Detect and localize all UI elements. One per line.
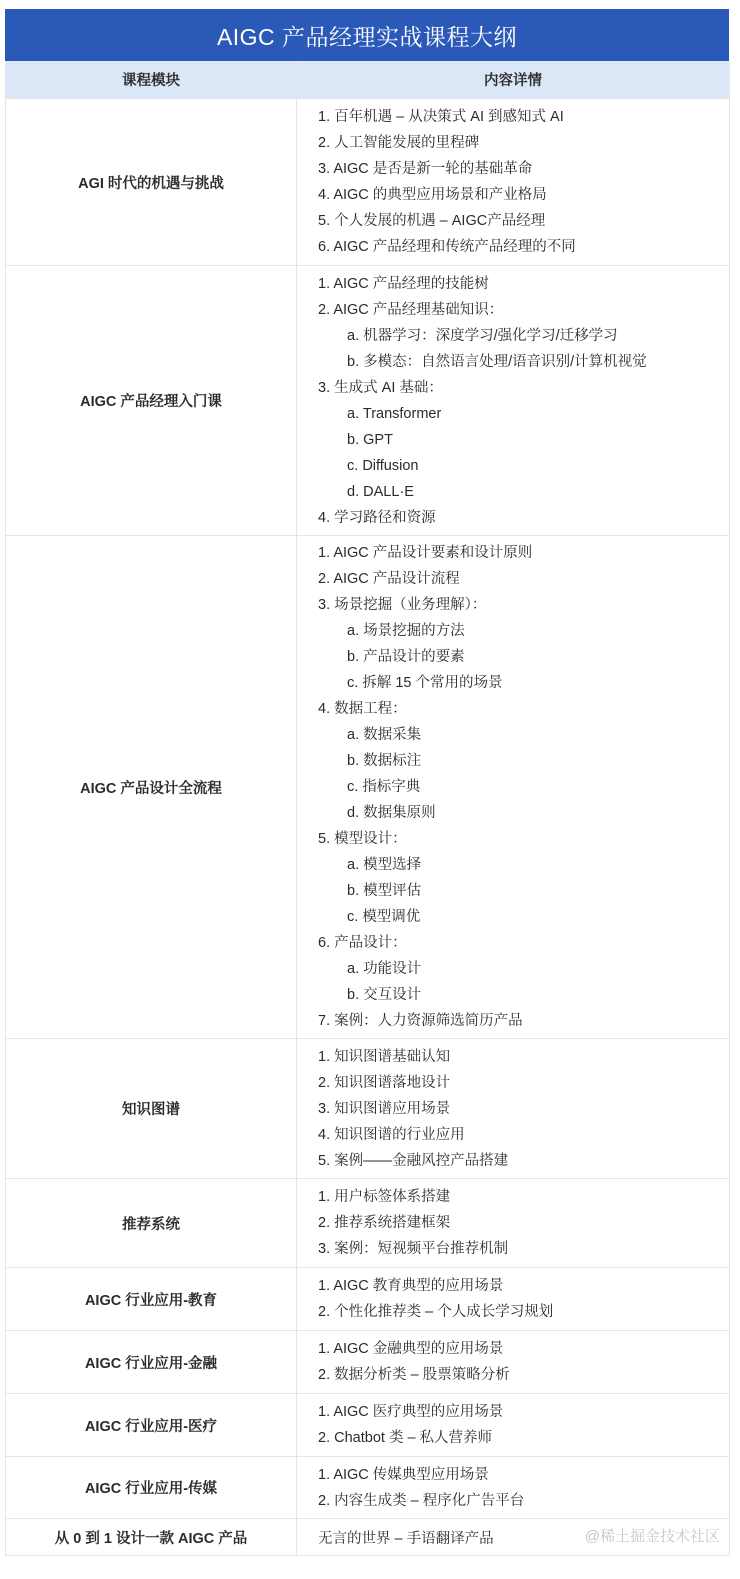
table-row: AIGC 行业应用-医疗1. AIGC 医疗典型的应用场景2. Chatbot … bbox=[6, 1394, 730, 1457]
list-item: 1. AIGC 教育典型的应用场景 bbox=[318, 1273, 729, 1299]
list-item-text: 产品设计： bbox=[334, 935, 407, 951]
list-marker: a. bbox=[347, 956, 359, 982]
sub-list-item: a. Transformer bbox=[318, 401, 729, 427]
list-marker: 2. bbox=[318, 1425, 330, 1451]
sub-list-item: c. Diffusion bbox=[318, 453, 729, 479]
list-item-text: 模型调优 bbox=[362, 909, 420, 925]
list-marker: 4. bbox=[318, 505, 330, 531]
list-item-text: 个人发展的机遇 – AIGC产品经理 bbox=[334, 213, 545, 229]
list-item-text: Chatbot 类 – 私人营养师 bbox=[334, 1430, 492, 1446]
list-marker: 3. bbox=[318, 1236, 330, 1262]
sub-list-item: b. 多模态：自然语言处理/语音识别/计算机视觉 bbox=[318, 349, 729, 375]
table-row: AGI 时代的机遇与挑战1. 百年机遇 – 从决策式 AI 到感知式 AI2. … bbox=[6, 99, 730, 266]
list-item: 5. 个人发展的机遇 – AIGC产品经理 bbox=[318, 208, 729, 234]
list-marker: 1. bbox=[318, 1184, 330, 1210]
list-marker: 7. bbox=[318, 1008, 330, 1034]
list-marker: b. bbox=[347, 982, 359, 1008]
list-item-text: 用户标签体系搭建 bbox=[334, 1189, 450, 1205]
list-item-text: AIGC 产品设计要素和设计原则 bbox=[333, 545, 532, 561]
list-marker: 1. bbox=[318, 1399, 330, 1425]
details-cell: 1. 用户标签体系搭建2. 推荐系统搭建框架3. 案例：短视频平台推荐机制 bbox=[297, 1179, 730, 1268]
list-marker: 2. bbox=[318, 566, 330, 592]
table-body: AGI 时代的机遇与挑战1. 百年机遇 – 从决策式 AI 到感知式 AI2. … bbox=[6, 99, 730, 1556]
list-marker: 4. bbox=[318, 182, 330, 208]
list-item-text: 百年机遇 – 从决策式 AI 到感知式 AI bbox=[334, 109, 564, 125]
list-item-text: AIGC 教育典型的应用场景 bbox=[333, 1278, 503, 1294]
module-cell: 从 0 到 1 设计一款 AIGC 产品 bbox=[6, 1519, 297, 1556]
list-item-text: 知识图谱落地设计 bbox=[334, 1075, 450, 1091]
table-row: AIGC 行业应用-传媒1. AIGC 传媒典型应用场景2. 内容生成类 – 程… bbox=[6, 1457, 730, 1519]
list-item-text: Transformer bbox=[363, 406, 441, 422]
list-marker: a. bbox=[347, 323, 359, 349]
list-item-text: 学习路径和资源 bbox=[334, 510, 436, 526]
header-row: 课程模块 内容详情 bbox=[6, 61, 730, 99]
details-cell: 1. AIGC 产品设计要素和设计原则2. AIGC 产品设计流程3. 场景挖掘… bbox=[297, 536, 730, 1039]
list-item-text: 案例：人力资源筛选简历产品 bbox=[334, 1013, 523, 1029]
list-marker: 5. bbox=[318, 826, 330, 852]
sub-list-item: c. 模型调优 bbox=[318, 904, 729, 930]
list-marker: 1. bbox=[318, 1462, 330, 1488]
list-item: 5. 模型设计： bbox=[318, 826, 729, 852]
list-marker: a. bbox=[347, 401, 359, 427]
list-item: 3. 场景挖掘（业务理解）： bbox=[318, 592, 729, 618]
sub-list-item: a. 数据采集 bbox=[318, 722, 729, 748]
list-marker: d. bbox=[347, 479, 359, 505]
details-cell: 1. AIGC 金融典型的应用场景2. 数据分析类 – 股票策略分析 bbox=[297, 1331, 730, 1394]
sub-list-item: d. DALL·E bbox=[318, 479, 729, 505]
list-marker: 3. bbox=[318, 1096, 330, 1122]
list-item-text: 生成式 AI 基础： bbox=[334, 380, 443, 396]
list-marker: 2. bbox=[318, 297, 330, 323]
list-item: 3. 知识图谱应用场景 bbox=[318, 1096, 729, 1122]
list-item: 5. 案例——金融风控产品搭建 bbox=[318, 1148, 729, 1174]
list-marker: 2. bbox=[318, 1488, 330, 1514]
list-marker: 5. bbox=[318, 208, 330, 234]
list-marker: 4. bbox=[318, 1122, 330, 1148]
list-item: 2. 知识图谱落地设计 bbox=[318, 1070, 729, 1096]
list-marker: c. bbox=[347, 670, 358, 696]
list-item: 1. AIGC 传媒典型应用场景 bbox=[318, 1462, 729, 1488]
list-marker: c. bbox=[347, 453, 358, 479]
header-details: 内容详情 bbox=[297, 61, 730, 99]
sub-list-item: c. 拆解 15 个常用的场景 bbox=[318, 670, 729, 696]
table-row: AIGC 行业应用-金融1. AIGC 金融典型的应用场景2. 数据分析类 – … bbox=[6, 1331, 730, 1394]
list-item: 1. AIGC 产品设计要素和设计原则 bbox=[318, 540, 729, 566]
sub-list-item: b. 模型评估 bbox=[318, 878, 729, 904]
list-item-text: AIGC 医疗典型的应用场景 bbox=[333, 1404, 503, 1420]
detail-text: 无言的世界 – 手语翻译产品 bbox=[318, 1531, 494, 1547]
list-item-text: Diffusion bbox=[362, 458, 418, 474]
details-cell: 1. AIGC 产品经理的技能树2. AIGC 产品经理基础知识：a. 机器学习… bbox=[297, 266, 730, 536]
list-marker: 3. bbox=[318, 592, 330, 618]
list-marker: a. bbox=[347, 852, 359, 878]
module-cell: 知识图谱 bbox=[6, 1039, 297, 1179]
list-marker: 1. bbox=[318, 1336, 330, 1362]
list-item: 2. 内容生成类 – 程序化广告平台 bbox=[318, 1488, 729, 1514]
sub-list-item: d. 数据集原则 bbox=[318, 800, 729, 826]
list-item-text: 案例：短视频平台推荐机制 bbox=[334, 1241, 508, 1257]
list-item-text: 数据采集 bbox=[363, 727, 421, 743]
list-item-text: GPT bbox=[363, 432, 393, 448]
list-marker: 6. bbox=[318, 234, 330, 260]
list-item-text: AIGC 是否是新一轮的基础革命 bbox=[333, 161, 532, 177]
header-module: 课程模块 bbox=[6, 61, 297, 99]
list-marker: 3. bbox=[318, 156, 330, 182]
list-item: 1. 知识图谱基础认知 bbox=[318, 1044, 729, 1070]
list-item-text: 人工智能发展的里程碑 bbox=[334, 135, 479, 151]
list-item: 1. AIGC 金融典型的应用场景 bbox=[318, 1336, 729, 1362]
list-item: 4. 知识图谱的行业应用 bbox=[318, 1122, 729, 1148]
list-item-text: 知识图谱应用场景 bbox=[334, 1101, 450, 1117]
list-item: 4. 数据工程： bbox=[318, 696, 729, 722]
list-item-text: 案例——金融风控产品搭建 bbox=[334, 1153, 508, 1169]
list-item-text: 交互设计 bbox=[363, 987, 421, 1003]
list-item: 1. 百年机遇 – 从决策式 AI 到感知式 AI bbox=[318, 104, 729, 130]
list-item-text: 数据标注 bbox=[363, 753, 421, 769]
list-item-text: 数据集原则 bbox=[363, 805, 436, 821]
module-cell: AIGC 产品设计全流程 bbox=[6, 536, 297, 1039]
list-marker: c. bbox=[347, 904, 358, 930]
list-marker: 2. bbox=[318, 1070, 330, 1096]
list-item-text: AIGC 的典型应用场景和产业格局 bbox=[333, 187, 546, 203]
module-cell: AIGC 行业应用-医疗 bbox=[6, 1394, 297, 1457]
list-item-text: AIGC 传媒典型应用场景 bbox=[333, 1467, 488, 1483]
list-marker: c. bbox=[347, 774, 358, 800]
module-cell: AIGC 行业应用-金融 bbox=[6, 1331, 297, 1394]
list-marker: 2. bbox=[318, 1299, 330, 1325]
list-item: 1. AIGC 医疗典型的应用场景 bbox=[318, 1399, 729, 1425]
list-marker: 2. bbox=[318, 130, 330, 156]
sub-list-item: a. 模型选择 bbox=[318, 852, 729, 878]
list-marker: b. bbox=[347, 349, 359, 375]
details-cell: 1. 百年机遇 – 从决策式 AI 到感知式 AI2. 人工智能发展的里程碑3.… bbox=[297, 99, 730, 266]
list-item-text: DALL·E bbox=[363, 484, 414, 500]
list-marker: d. bbox=[347, 800, 359, 826]
list-marker: a. bbox=[347, 722, 359, 748]
list-marker: 1. bbox=[318, 1273, 330, 1299]
list-item: 6. 产品设计： bbox=[318, 930, 729, 956]
list-marker: 1. bbox=[318, 104, 330, 130]
module-cell: 推荐系统 bbox=[6, 1179, 297, 1268]
list-marker: 3. bbox=[318, 375, 330, 401]
course-outline-table-wrap: AIGC 产品经理实战课程大纲 课程模块 内容详情 AGI 时代的机遇与挑战1.… bbox=[5, 9, 729, 1556]
list-item-text: 机器学习：深度学习/强化学习/迁移学习 bbox=[363, 328, 618, 344]
list-marker: 1. bbox=[318, 540, 330, 566]
table-row: 推荐系统1. 用户标签体系搭建2. 推荐系统搭建框架3. 案例：短视频平台推荐机… bbox=[6, 1179, 730, 1268]
list-item-text: 场景挖掘（业务理解）： bbox=[334, 597, 486, 613]
list-marker: 2. bbox=[318, 1210, 330, 1236]
list-item-text: 内容生成类 – 程序化广告平台 bbox=[334, 1493, 524, 1509]
table-row: AIGC 产品设计全流程1. AIGC 产品设计要素和设计原则2. AIGC 产… bbox=[6, 536, 730, 1039]
list-item: 2. 推荐系统搭建框架 bbox=[318, 1210, 729, 1236]
sub-list-item: c. 指标字典 bbox=[318, 774, 729, 800]
details-cell: 1. AIGC 教育典型的应用场景2. 个性化推荐类 – 个人成长学习规划 bbox=[297, 1268, 730, 1331]
table-title: AIGC 产品经理实战课程大纲 bbox=[5, 9, 729, 61]
sub-list-item: b. 产品设计的要素 bbox=[318, 644, 729, 670]
list-item-text: 拆解 15 个常用的场景 bbox=[362, 675, 502, 691]
list-item-text: AIGC 产品设计流程 bbox=[333, 571, 459, 587]
list-item-text: AIGC 产品经理基础知识： bbox=[333, 302, 503, 318]
list-item: 2. AIGC 产品设计流程 bbox=[318, 566, 729, 592]
list-item: 6. AIGC 产品经理和传统产品经理的不同 bbox=[318, 234, 729, 260]
list-item-text: AIGC 金融典型的应用场景 bbox=[333, 1341, 503, 1357]
table-row: AIGC 行业应用-教育1. AIGC 教育典型的应用场景2. 个性化推荐类 –… bbox=[6, 1268, 730, 1331]
list-marker: 6. bbox=[318, 930, 330, 956]
list-item-text: 多模态：自然语言处理/语音识别/计算机视觉 bbox=[363, 354, 647, 370]
list-marker: 1. bbox=[318, 1044, 330, 1070]
list-marker: 1. bbox=[318, 271, 330, 297]
list-item: 1. 用户标签体系搭建 bbox=[318, 1184, 729, 1210]
list-marker: 4. bbox=[318, 696, 330, 722]
list-item: 4. AIGC 的典型应用场景和产业格局 bbox=[318, 182, 729, 208]
list-marker: b. bbox=[347, 748, 359, 774]
list-marker: b. bbox=[347, 644, 359, 670]
list-item-text: 产品设计的要素 bbox=[363, 649, 465, 665]
list-item-text: AIGC 产品经理和传统产品经理的不同 bbox=[333, 239, 575, 255]
sub-list-item: b. GPT bbox=[318, 427, 729, 453]
course-outline-table: 课程模块 内容详情 AGI 时代的机遇与挑战1. 百年机遇 – 从决策式 AI … bbox=[5, 61, 730, 1556]
list-item-text: 模型评估 bbox=[363, 883, 421, 899]
list-item: 2. 数据分析类 – 股票策略分析 bbox=[318, 1362, 729, 1388]
list-item-text: 功能设计 bbox=[363, 961, 421, 977]
module-cell: AIGC 行业应用-教育 bbox=[6, 1268, 297, 1331]
module-cell: AIGC 产品经理入门课 bbox=[6, 266, 297, 536]
list-item-text: 推荐系统搭建框架 bbox=[334, 1215, 450, 1231]
list-item: 3. AIGC 是否是新一轮的基础革命 bbox=[318, 156, 729, 182]
list-item-text: 知识图谱基础认知 bbox=[334, 1049, 450, 1065]
list-item: 2. Chatbot 类 – 私人营养师 bbox=[318, 1425, 729, 1451]
table-row: AIGC 产品经理入门课1. AIGC 产品经理的技能树2. AIGC 产品经理… bbox=[6, 266, 730, 536]
sub-list-item: b. 数据标注 bbox=[318, 748, 729, 774]
sub-list-item: a. 功能设计 bbox=[318, 956, 729, 982]
list-item-text: AIGC 产品经理的技能树 bbox=[333, 276, 488, 292]
list-item-text: 个性化推荐类 – 个人成长学习规划 bbox=[334, 1304, 553, 1320]
list-item: 4. 学习路径和资源 bbox=[318, 505, 729, 531]
list-marker: a. bbox=[347, 618, 359, 644]
details-cell: 1. AIGC 传媒典型应用场景2. 内容生成类 – 程序化广告平台 bbox=[297, 1457, 730, 1519]
list-item: 7. 案例：人力资源筛选简历产品 bbox=[318, 1008, 729, 1034]
list-item: 2. 人工智能发展的里程碑 bbox=[318, 130, 729, 156]
details-cell: 1. AIGC 医疗典型的应用场景2. Chatbot 类 – 私人营养师 bbox=[297, 1394, 730, 1457]
list-item-text: 知识图谱的行业应用 bbox=[334, 1127, 465, 1143]
list-item-text: 数据分析类 – 股票策略分析 bbox=[334, 1367, 510, 1383]
list-item-text: 模型选择 bbox=[363, 857, 421, 873]
sub-list-item: b. 交互设计 bbox=[318, 982, 729, 1008]
sub-list-item: a. 机器学习：深度学习/强化学习/迁移学习 bbox=[318, 323, 729, 349]
list-marker: b. bbox=[347, 427, 359, 453]
list-item-text: 数据工程： bbox=[334, 701, 407, 717]
details-cell: 1. 知识图谱基础认知2. 知识图谱落地设计3. 知识图谱应用场景4. 知识图谱… bbox=[297, 1039, 730, 1179]
module-cell: AIGC 行业应用-传媒 bbox=[6, 1457, 297, 1519]
list-marker: 2. bbox=[318, 1362, 330, 1388]
list-item: 2. AIGC 产品经理基础知识： bbox=[318, 297, 729, 323]
list-item-text: 场景挖掘的方法 bbox=[363, 623, 465, 639]
list-item: 1. AIGC 产品经理的技能树 bbox=[318, 271, 729, 297]
list-item: 3. 生成式 AI 基础： bbox=[318, 375, 729, 401]
module-cell: AGI 时代的机遇与挑战 bbox=[6, 99, 297, 266]
table-row: 知识图谱1. 知识图谱基础认知2. 知识图谱落地设计3. 知识图谱应用场景4. … bbox=[6, 1039, 730, 1179]
list-marker: 5. bbox=[318, 1148, 330, 1174]
list-item-text: 模型设计： bbox=[334, 831, 407, 847]
sub-list-item: a. 场景挖掘的方法 bbox=[318, 618, 729, 644]
list-marker: b. bbox=[347, 878, 359, 904]
list-item: 3. 案例：短视频平台推荐机制 bbox=[318, 1236, 729, 1262]
list-item: 2. 个性化推荐类 – 个人成长学习规划 bbox=[318, 1299, 729, 1325]
watermark: @稀土掘金技术社区 bbox=[585, 1525, 720, 1546]
list-item-text: 指标字典 bbox=[362, 779, 420, 795]
